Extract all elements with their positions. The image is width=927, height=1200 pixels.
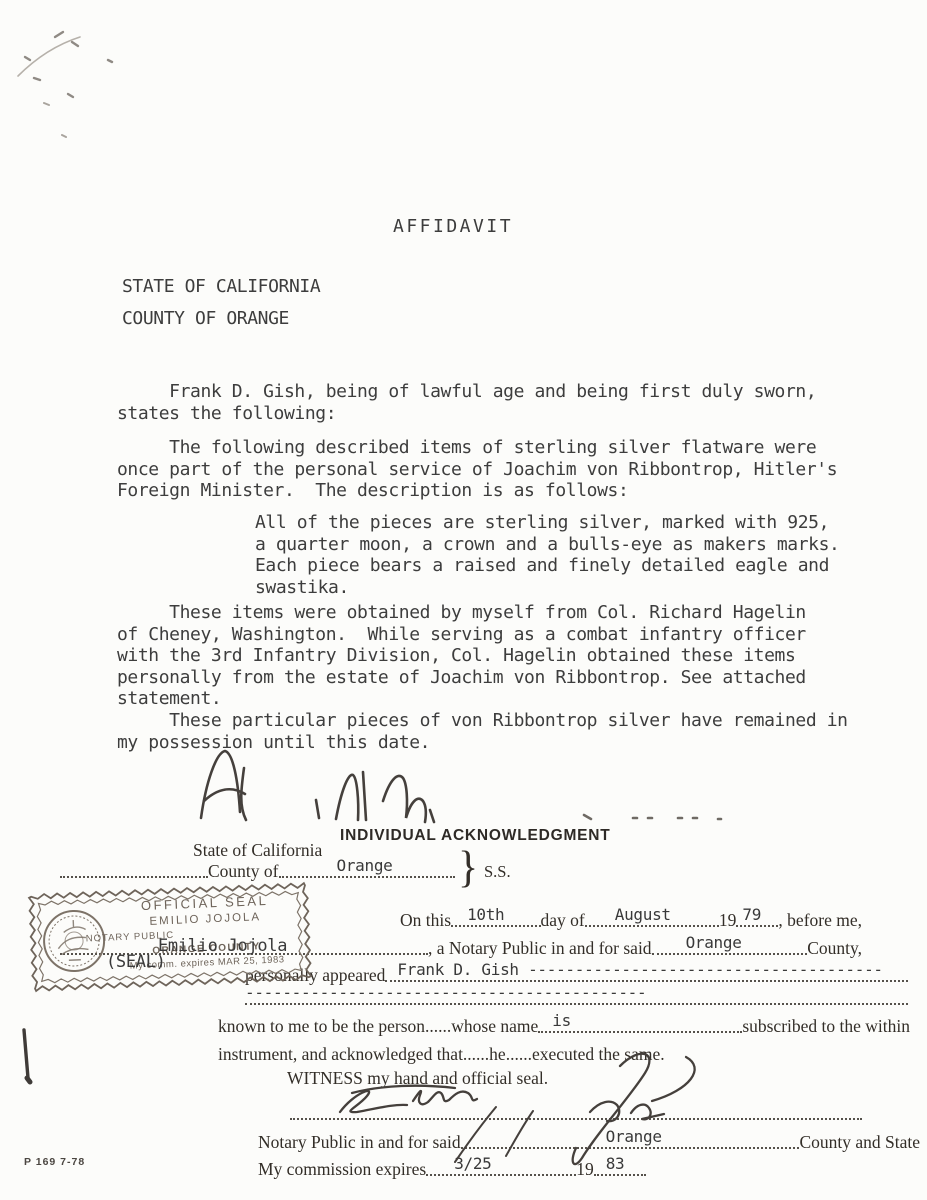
dashes-row: ----------------------------------------…	[245, 986, 908, 1008]
notary-said-label: Notary Public in and for said	[258, 1132, 461, 1152]
county-of-label: County of	[208, 861, 279, 881]
month-fill-line: August	[585, 923, 719, 927]
year-fill-value: 79	[742, 907, 761, 923]
day-fill-value: 10th	[467, 907, 504, 923]
dotted-leader	[60, 874, 208, 878]
county-of-row: County of Orange	[60, 861, 455, 881]
dashes-value: ----------------------------------------…	[245, 985, 646, 1001]
year-prefix-label: 19	[719, 910, 737, 930]
stray-dots	[584, 815, 721, 819]
witness-line: WITNESS my hand and official seal.	[287, 1070, 548, 1088]
form-number: P 169 7-78	[24, 1156, 85, 1168]
known-row: known to me to be the person......whose …	[218, 1014, 910, 1036]
state-line: STATE OF CALIFORNIA	[122, 276, 320, 298]
county-state-label: County and State	[799, 1132, 920, 1152]
affiant-signature	[201, 751, 434, 822]
notary-county-line: Orange	[652, 951, 808, 955]
notary-county-value: Orange	[686, 935, 742, 951]
year-fill-line: 79	[736, 923, 778, 927]
paragraph-description: All of the pieces are sterling silver, m…	[255, 512, 839, 598]
day-of-label: day of	[541, 910, 585, 930]
signature-line	[290, 1116, 862, 1120]
county-fill-value: Orange	[337, 858, 393, 874]
county-line: COUNTY OF ORANGE	[122, 308, 289, 330]
ss-label: S.S.	[484, 864, 511, 881]
known-label: known to me to be the person......whose …	[218, 1016, 538, 1036]
ss-brace: }	[458, 843, 478, 893]
appeared-name-line: Frank D. Gish --------------------------…	[385, 978, 908, 982]
commission-date-line: 3/25	[426, 1172, 576, 1176]
commission-year-line: 83	[594, 1172, 646, 1176]
paragraph-items: The following described items of sterlin…	[117, 437, 837, 502]
affidavit-title: AFFIDAVIT	[393, 216, 513, 238]
instrument-line: instrument, and acknowledged that......h…	[218, 1046, 665, 1064]
bottom-county-value: Orange	[606, 1129, 662, 1145]
margin-pen-mark	[24, 1030, 30, 1082]
commission-year-prefix: 19	[576, 1159, 594, 1179]
bottom-county-line: Orange	[461, 1145, 800, 1149]
on-this-row: On this 10th day of August 19 79 , befor…	[400, 908, 862, 930]
before-me-label: , before me,	[778, 910, 862, 930]
personally-appeared-row: personally appeared Frank D. Gish ------…	[245, 963, 908, 985]
on-this-label: On this	[400, 910, 451, 930]
corner-smudge	[18, 32, 112, 137]
paragraph-possession: These particular pieces of von Ribbontro…	[117, 710, 848, 753]
county-suffix-label: County,	[807, 938, 862, 958]
appeared-name-value: Frank D. Gish --------------------------…	[397, 962, 882, 978]
notary-clause-label: , a Notary Public in and for said	[428, 938, 652, 958]
name-is-value: is	[552, 1013, 571, 1029]
paragraph-sworn: Frank D. Gish, being of lawful age and b…	[117, 381, 816, 424]
day-fill-line: 10th	[451, 923, 540, 927]
commission-date-value: 3/25	[454, 1156, 491, 1172]
month-fill-value: August	[615, 907, 671, 923]
commission-row: My commission expires 3/25 19 83	[258, 1157, 678, 1179]
paragraph-obtained: These items were obtained by myself from…	[117, 602, 806, 710]
commission-year-value: 83	[606, 1156, 625, 1172]
typed-seal-label: (SEAL)	[106, 952, 166, 972]
typed-notary-name: Emilio Jojola	[158, 936, 287, 956]
commission-label: My commission expires	[258, 1159, 426, 1179]
form-state-label: State of California	[193, 842, 322, 860]
county-fill-line: Orange	[279, 874, 456, 878]
name-is-line: is	[538, 1029, 742, 1033]
subscribed-label: subscribed to the within	[742, 1016, 910, 1036]
dashes-line: ----------------------------------------…	[245, 1001, 908, 1005]
scanned-affidavit-page: AFFIDAVIT STATE OF CALIFORNIA COUNTY OF …	[0, 0, 927, 1200]
notary-said-row: Notary Public in and for said Orange Cou…	[258, 1130, 920, 1152]
